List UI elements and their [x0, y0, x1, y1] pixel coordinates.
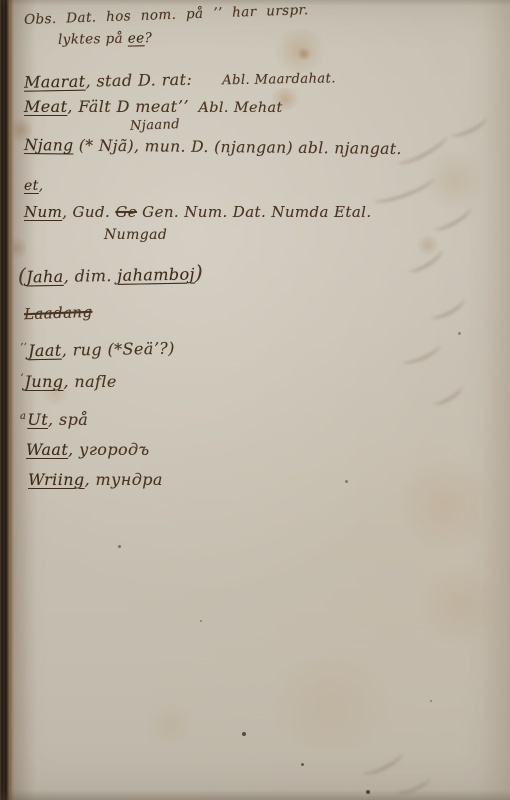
njang-superscript: Njaand [130, 117, 181, 134]
entry-jaat: ʼʼJaat, rug (*Seäʼ?) [20, 339, 175, 361]
entry-text: Numgad [104, 227, 167, 243]
correction-text: Njaand [130, 117, 181, 134]
stain [296, 48, 312, 60]
ink-speck [118, 545, 121, 548]
note-text: ? [144, 30, 152, 46]
note-text: lyktes på [58, 31, 128, 48]
entry-text: , Gud. [62, 203, 115, 221]
ink-speck [242, 732, 246, 736]
stain [270, 28, 330, 73]
stain [415, 235, 441, 255]
entry-num: Num, Gud. Ge Gen. Num. Dat. Numda Etal. [24, 203, 372, 221]
struck-word: Ge [115, 203, 137, 221]
manuscript-page: Obs. Dat. hos nom. på ʼʼ har urspr. lykt… [0, 0, 510, 800]
entry-jaha: (Jaha, dim. jahamboj) [18, 260, 203, 287]
ablative-note: Abl. Maardahat. [222, 71, 336, 88]
stain [250, 660, 410, 750]
page-top-edge [0, 0, 510, 6]
entry-text: (* Njã), mun. D. (njangan) abl. njangat. [73, 137, 401, 158]
entry-text: , Fält D meatʼʼ [67, 97, 188, 116]
entry-wriing: Wriing, тундра [28, 470, 163, 489]
entry-text: , [39, 178, 44, 194]
ink-speck [345, 480, 348, 483]
entry-text: , spå [48, 410, 88, 429]
gutter-shadow [10, 0, 36, 800]
stain [140, 700, 200, 750]
bleedthrough-mark [429, 380, 465, 408]
page-right-edge [480, 0, 510, 800]
entry-text: , rug (*Seäʼ?) [61, 339, 174, 360]
page-bottom-edge [0, 790, 510, 800]
entry-njang: Njang (* Njã), mun. D. (njangan) abl. nj… [24, 136, 402, 158]
ink-speck [430, 700, 432, 702]
paren: ) [195, 260, 204, 284]
entry-waat: Waat, угородъ [26, 440, 150, 459]
entry-maarat: Maarat, stad D. rat:Abl. Maardahat. [24, 67, 336, 91]
entry-text: , nafle [63, 372, 116, 391]
bleedthrough-mark [404, 243, 446, 277]
ablative-note: Abl. Mehat [198, 100, 282, 116]
bleedthrough-mark [359, 746, 405, 779]
ink-speck [200, 620, 202, 622]
bleedthrough-mark [369, 169, 437, 208]
ink-speck [301, 763, 304, 766]
entry-text: , stad D. rat: [85, 70, 192, 91]
headword: Wriing [28, 470, 85, 489]
entry-text: , угородъ [68, 440, 149, 459]
entry-num-subline: Numgad [104, 227, 167, 243]
bleedthrough-mark [427, 292, 468, 323]
stain [400, 450, 490, 560]
entry-text: Gen. Num. Dat. Numda Etal. [137, 203, 372, 221]
underlined-word: ee [128, 30, 145, 46]
ink-speck [458, 332, 461, 335]
bleedthrough-mark [429, 200, 475, 235]
bleedthrough-mark [399, 337, 443, 368]
entry-meat: Meat, Fält D meatʼʼAbl. Mehat [24, 97, 283, 116]
note-line-2: lyktes på ee? [58, 30, 152, 48]
entry-text: , тундра [85, 470, 163, 489]
underlined-word: jahamboj [117, 265, 195, 285]
entry-text: , dim. [63, 266, 117, 286]
